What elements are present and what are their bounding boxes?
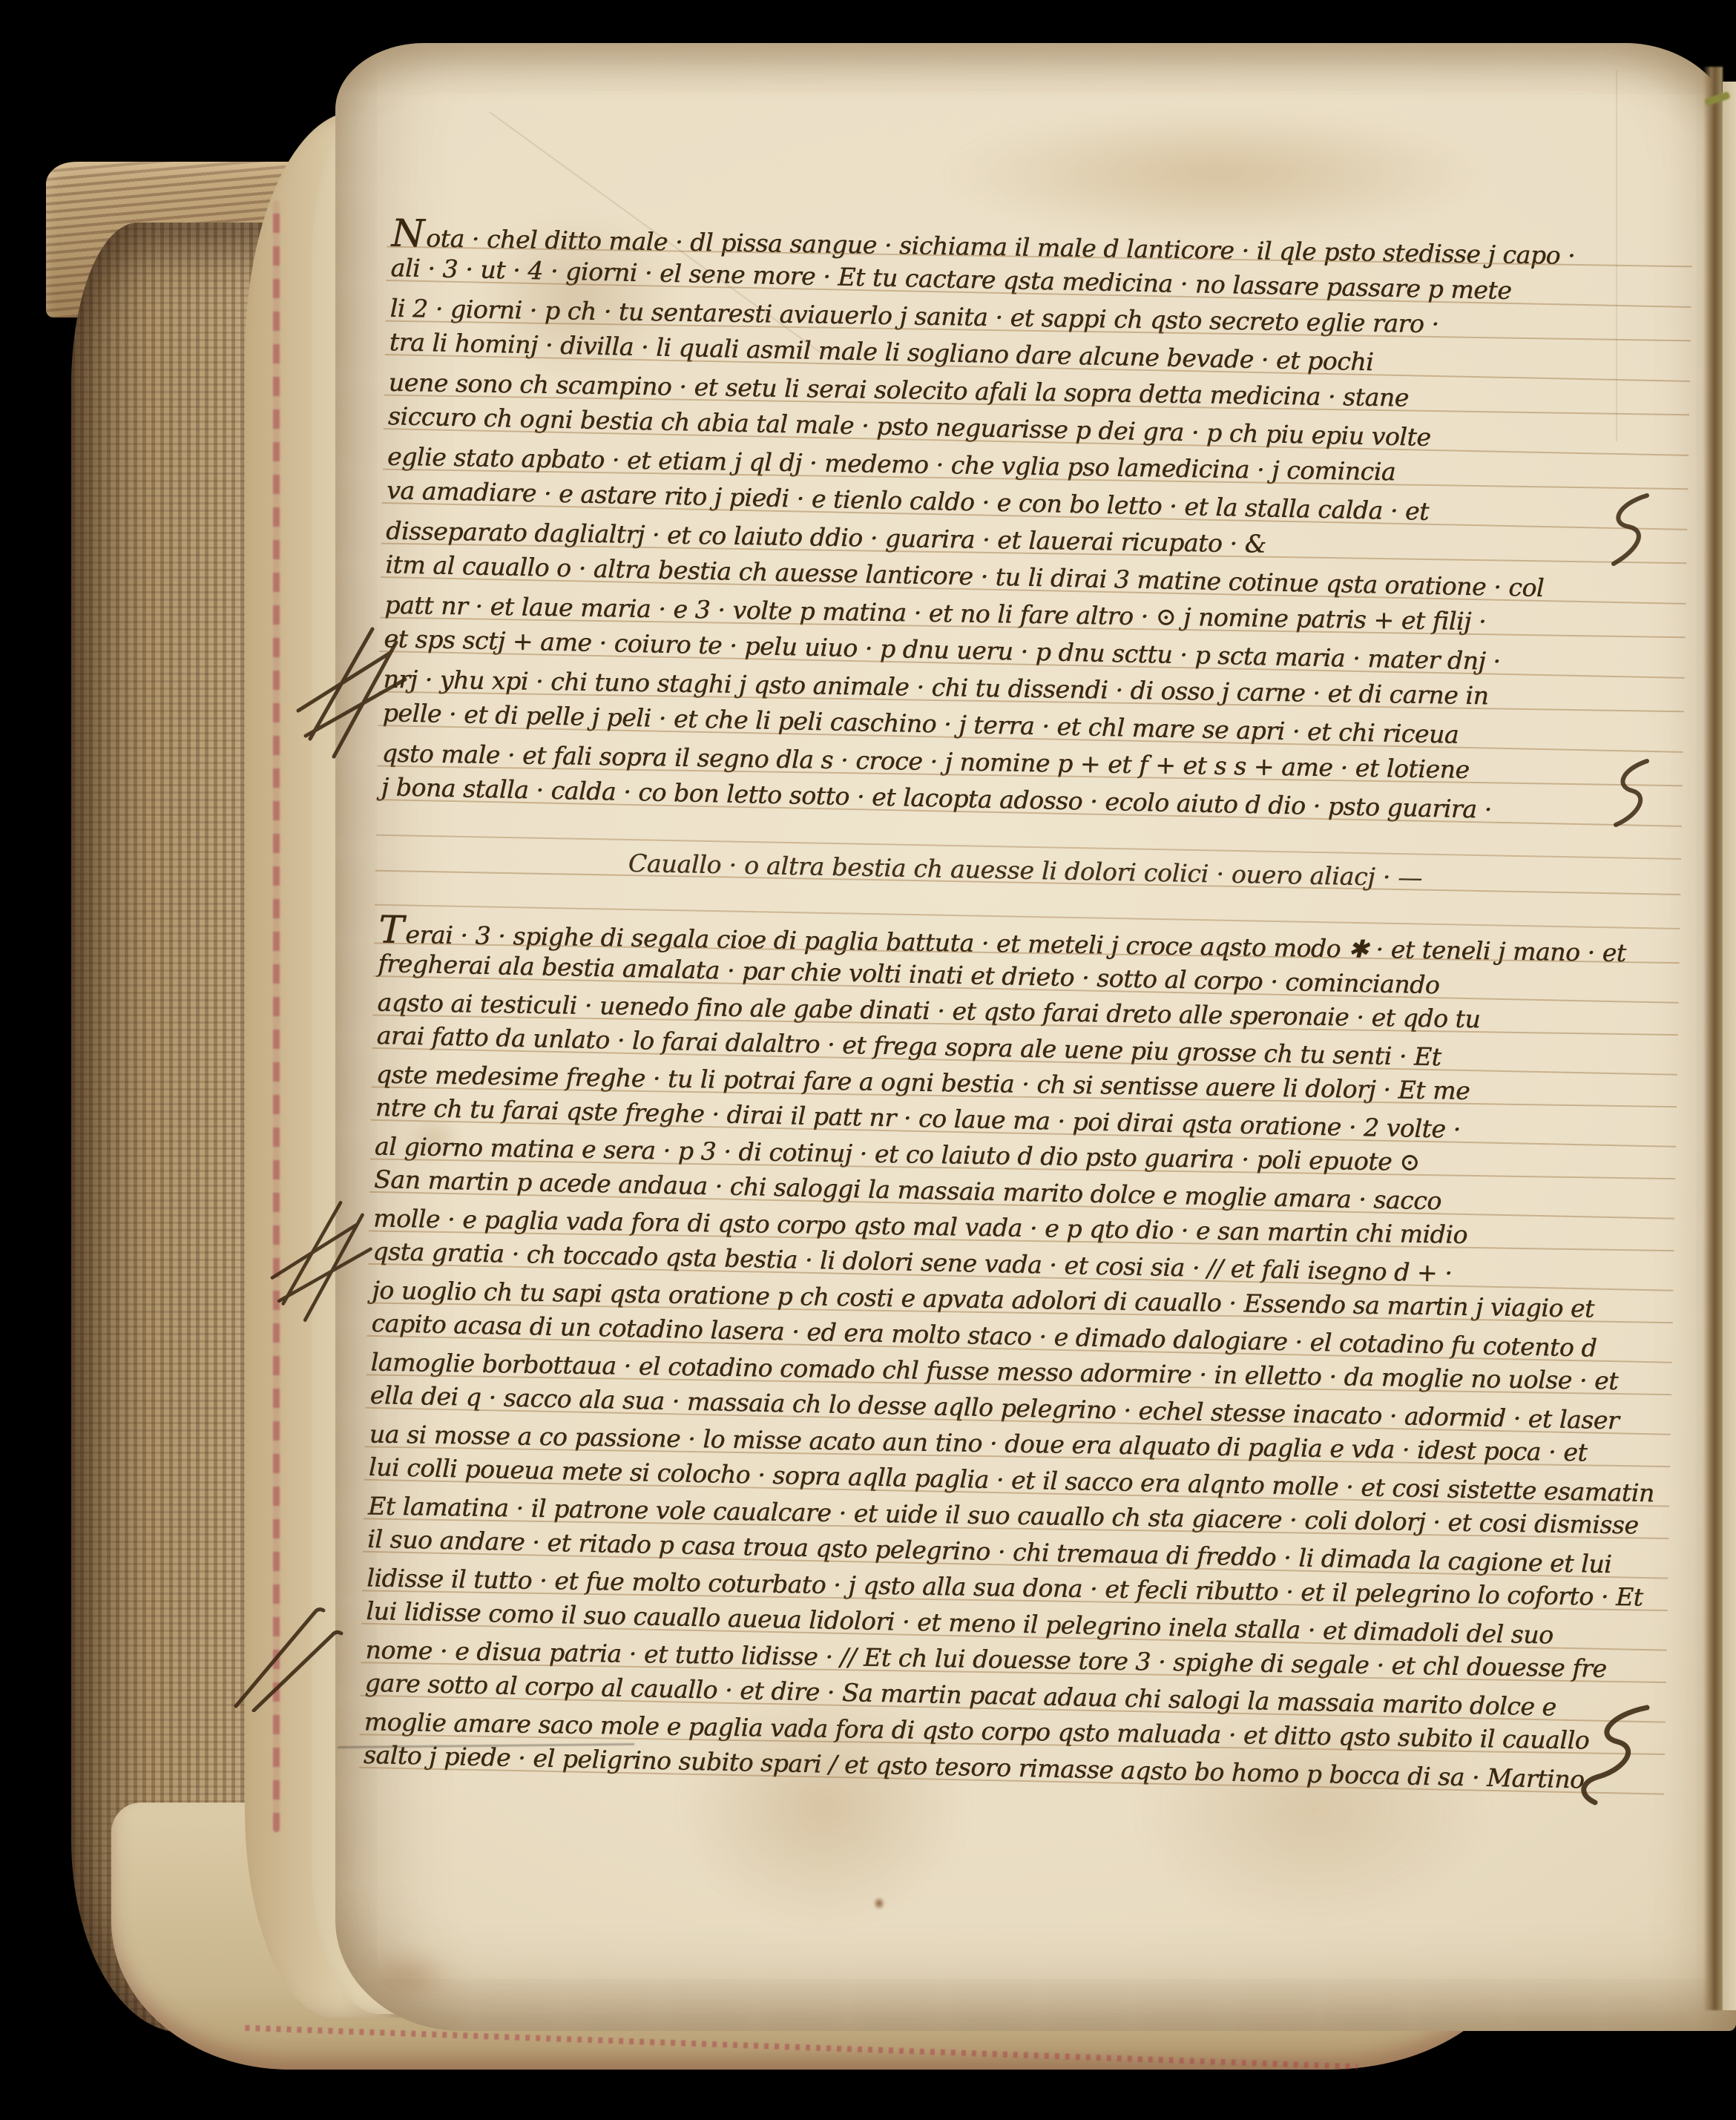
double-slash-icon [231, 1601, 354, 1712]
text-block: Nota · chel ditto male · dl pissa sangue… [363, 214, 1682, 1798]
gutter-shadow [1703, 67, 1723, 2010]
ink-flourish [1565, 1699, 1662, 1810]
hash-mark-icon [269, 1196, 380, 1326]
foxing-spot [349, 1943, 467, 2010]
ink-speck [872, 1895, 887, 1912]
manuscript-photo: Nota · chel ditto male · dl pissa sangue… [0, 0, 1736, 2120]
paragraph-lanticore-remedy: Nota · chel ditto male · dl pissa sangue… [381, 214, 1682, 831]
ink-flourish [1595, 490, 1662, 571]
paragraph-colic-remedy: Terai · 3 · spighe di segala cioe di pag… [363, 911, 1669, 1798]
facing-page-sliver [1723, 82, 1736, 2010]
hash-mark-icon [295, 622, 414, 763]
ink-flourish [1602, 757, 1662, 831]
